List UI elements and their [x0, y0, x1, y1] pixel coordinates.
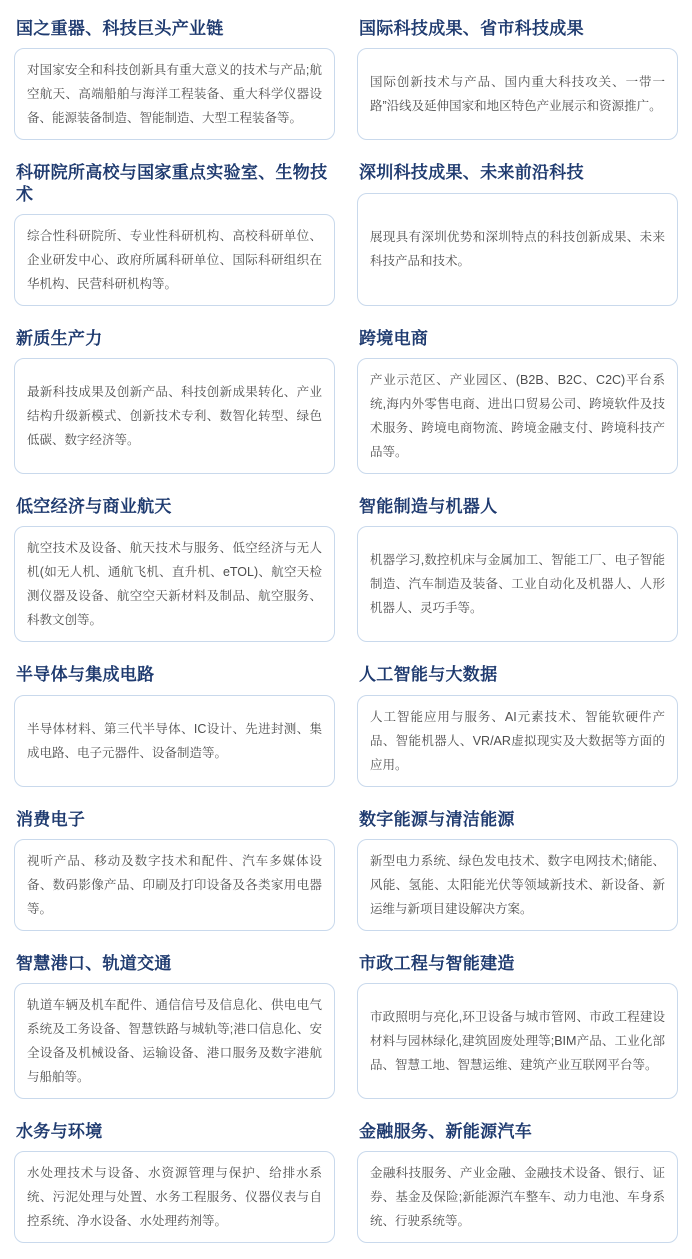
section-title: 半导体与集成电路 [16, 664, 335, 685]
section-box: 最新科技成果及创新产品、科技创新成果转化、产业结构升级新模式、创新技术专利、数智… [14, 358, 335, 474]
section-box: 轨道车辆及机车配件、通信信号及信息化、供电电气系统及工务设备、智慧铁路与城轨等;… [14, 983, 335, 1099]
section-card: 国之重器、科技巨头产业链 对国家安全和科技创新具有重大意义的技术与产品;航空航天… [14, 14, 335, 140]
section-description: 金融科技服务、产业金融、金融技术设备、银行、证券、基金及保险;新能源汽车整车、动… [370, 1161, 665, 1233]
section-description: 最新科技成果及创新产品、科技创新成果转化、产业结构升级新模式、创新技术专利、数智… [27, 380, 322, 452]
section-card: 数字能源与清洁能源 新型电力系统、绿色发电技术、数字电网技术;储能、风能、氢能、… [357, 805, 678, 931]
section-title: 人工智能与大数据 [359, 664, 678, 685]
section-box: 产业示范区、产业园区、(B2B、B2C、C2C)平台系统,海内外零售电商、进出口… [357, 358, 678, 474]
section-card: 半导体与集成电路 半导体材料、第三代半导体、IC设计、先进封测、集成电路、电子元… [14, 660, 335, 786]
section-description: 国际创新技术与产品、国内重大科技攻关、一带一路”沿线及延伸国家和地区特色产业展示… [370, 70, 665, 118]
section-box: 国际创新技术与产品、国内重大科技攻关、一带一路”沿线及延伸国家和地区特色产业展示… [357, 48, 678, 140]
section-description: 水处理技术与设备、水资源管理与保护、给排水系统、污泥处理与处置、水务工程服务、仪… [27, 1161, 322, 1233]
section-box: 金融科技服务、产业金融、金融技术设备、银行、证券、基金及保险;新能源汽车整车、动… [357, 1151, 678, 1243]
section-box: 市政照明与亮化,环卫设备与城市管网、市政工程建设材料与园林绿化,建筑固废处理等;… [357, 983, 678, 1099]
section-card: 水务与环境 水处理技术与设备、水资源管理与保护、给排水系统、污泥处理与处置、水务… [14, 1117, 335, 1243]
section-description: 轨道车辆及机车配件、通信信号及信息化、供电电气系统及工务设备、智慧铁路与城轨等;… [27, 993, 322, 1089]
section-card: 国际科技成果、省市科技成果 国际创新技术与产品、国内重大科技攻关、一带一路”沿线… [357, 14, 678, 140]
section-title: 深圳科技成果、未来前沿科技 [359, 162, 678, 183]
section-title: 消费电子 [16, 809, 335, 830]
section-box: 机器学习,数控机床与金属加工、智能工厂、电子智能制造、汽车制造及装备、工业自动化… [357, 526, 678, 642]
section-title: 国际科技成果、省市科技成果 [359, 18, 678, 39]
section-description: 新型电力系统、绿色发电技术、数字电网技术;储能、风能、氢能、太阳能光伏等领域新技… [370, 849, 665, 921]
section-box: 水处理技术与设备、水资源管理与保护、给排水系统、污泥处理与处置、水务工程服务、仪… [14, 1151, 335, 1243]
section-box: 航空技术及设备、航天技术与服务、低空经济与无人机(如无人机、通航飞机、直升机、e… [14, 526, 335, 642]
section-box: 综合性科研院所、专业性科研机构、高校科研单位、企业研发中心、政府所属科研单位、国… [14, 214, 335, 306]
section-title: 国之重器、科技巨头产业链 [16, 18, 335, 39]
section-description: 展现具有深圳优势和深圳特点的科技创新成果、未来科技产品和技术。 [370, 225, 665, 273]
section-card: 科研院所高校与国家重点实验室、生物技术 综合性科研院所、专业性科研机构、高校科研… [14, 158, 335, 306]
section-box: 人工智能应用与服务、AI元素技术、智能软硬件产品、智能机器人、VR/AR虚拟现实… [357, 695, 678, 787]
section-card: 人工智能与大数据 人工智能应用与服务、AI元素技术、智能软硬件产品、智能机器人、… [357, 660, 678, 786]
category-grid: 国之重器、科技巨头产业链 对国家安全和科技创新具有重大意义的技术与产品;航空航天… [14, 14, 678, 1243]
section-card: 智能制造与机器人 机器学习,数控机床与金属加工、智能工厂、电子智能制造、汽车制造… [357, 492, 678, 642]
section-box: 对国家安全和科技创新具有重大意义的技术与产品;航空航天、高端船舶与海洋工程装备、… [14, 48, 335, 140]
section-box: 新型电力系统、绿色发电技术、数字电网技术;储能、风能、氢能、太阳能光伏等领域新技… [357, 839, 678, 931]
section-card: 金融服务、新能源汽车 金融科技服务、产业金融、金融技术设备、银行、证券、基金及保… [357, 1117, 678, 1243]
section-card: 新质生产力 最新科技成果及创新产品、科技创新成果转化、产业结构升级新模式、创新技… [14, 324, 335, 474]
section-card: 深圳科技成果、未来前沿科技 展现具有深圳优势和深圳特点的科技创新成果、未来科技产… [357, 158, 678, 306]
section-description: 市政照明与亮化,环卫设备与城市管网、市政工程建设材料与园林绿化,建筑固废处理等;… [370, 1005, 665, 1077]
section-title: 市政工程与智能建造 [359, 953, 678, 974]
section-title: 低空经济与商业航天 [16, 496, 335, 517]
section-description: 半导体材料、第三代半导体、IC设计、先进封测、集成电路、电子元器件、设备制造等。 [27, 717, 322, 765]
section-title: 智慧港口、轨道交通 [16, 953, 335, 974]
section-title: 科研院所高校与国家重点实验室、生物技术 [16, 162, 335, 205]
section-title: 水务与环境 [16, 1121, 335, 1142]
section-description: 对国家安全和科技创新具有重大意义的技术与产品;航空航天、高端船舶与海洋工程装备、… [27, 58, 322, 130]
exhibition-categories-page: 国之重器、科技巨头产业链 对国家安全和科技创新具有重大意义的技术与产品;航空航天… [0, 0, 692, 1259]
section-description: 产业示范区、产业园区、(B2B、B2C、C2C)平台系统,海内外零售电商、进出口… [370, 368, 665, 464]
section-box: 视听产品、移动及数字技术和配件、汽车多媒体设备、数码影像产品、印刷及打印设备及各… [14, 839, 335, 931]
section-description: 综合性科研院所、专业性科研机构、高校科研单位、企业研发中心、政府所属科研单位、国… [27, 224, 322, 296]
section-card: 跨境电商 产业示范区、产业园区、(B2B、B2C、C2C)平台系统,海内外零售电… [357, 324, 678, 474]
section-box: 展现具有深圳优势和深圳特点的科技创新成果、未来科技产品和技术。 [357, 193, 678, 306]
section-title: 智能制造与机器人 [359, 496, 678, 517]
section-title: 数字能源与清洁能源 [359, 809, 678, 830]
section-description: 机器学习,数控机床与金属加工、智能工厂、电子智能制造、汽车制造及装备、工业自动化… [370, 548, 665, 620]
section-title: 新质生产力 [16, 328, 335, 349]
section-description: 航空技术及设备、航天技术与服务、低空经济与无人机(如无人机、通航飞机、直升机、e… [27, 536, 322, 632]
section-description: 人工智能应用与服务、AI元素技术、智能软硬件产品、智能机器人、VR/AR虚拟现实… [370, 705, 665, 777]
section-card: 智慧港口、轨道交通 轨道车辆及机车配件、通信信号及信息化、供电电气系统及工务设备… [14, 949, 335, 1099]
section-box: 半导体材料、第三代半导体、IC设计、先进封测、集成电路、电子元器件、设备制造等。 [14, 695, 335, 787]
section-card: 低空经济与商业航天 航空技术及设备、航天技术与服务、低空经济与无人机(如无人机、… [14, 492, 335, 642]
section-card: 市政工程与智能建造 市政照明与亮化,环卫设备与城市管网、市政工程建设材料与园林绿… [357, 949, 678, 1099]
section-card: 消费电子 视听产品、移动及数字技术和配件、汽车多媒体设备、数码影像产品、印刷及打… [14, 805, 335, 931]
section-title: 金融服务、新能源汽车 [359, 1121, 678, 1142]
section-title: 跨境电商 [359, 328, 678, 349]
section-description: 视听产品、移动及数字技术和配件、汽车多媒体设备、数码影像产品、印刷及打印设备及各… [27, 849, 322, 921]
